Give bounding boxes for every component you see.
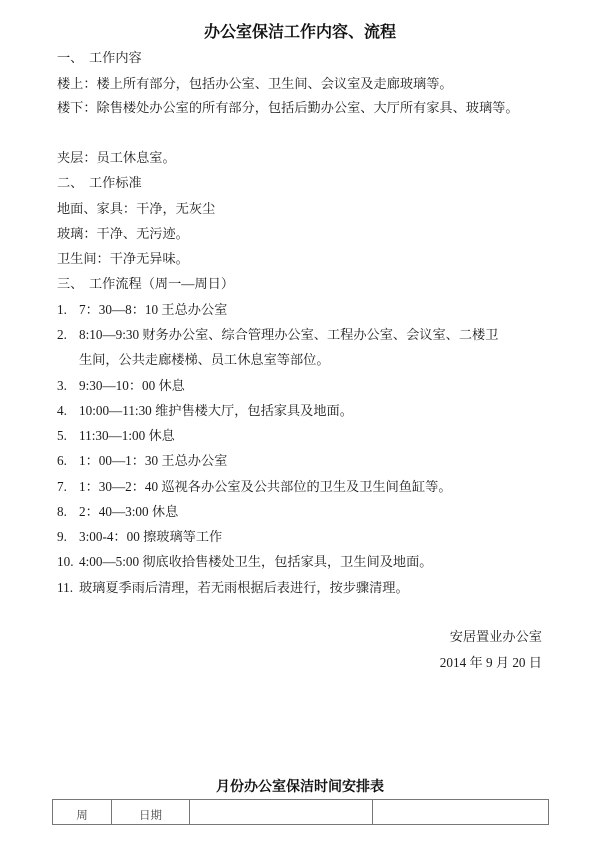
- step-number: 1.: [57, 301, 79, 319]
- step-item: 1.7：30—8：10 王总办公室: [57, 301, 227, 319]
- step-number: 11.: [57, 579, 79, 597]
- step-number: 10.: [57, 553, 79, 571]
- section-heading-1: 一、工作内容: [57, 49, 142, 67]
- step-text: 11:30—1:00 休息: [79, 428, 175, 443]
- table-header-row: 周 日期: [53, 800, 549, 825]
- step-item: 2.8:10—9:30 财务办公室、综合管理办公室、工程办公室、会议室、二楼卫: [57, 326, 498, 344]
- standard-line-glass: 玻璃：干净、无污迹。: [57, 225, 189, 243]
- section-heading-text: 工作流程（周一—周日）: [89, 276, 234, 291]
- step-number: 7.: [57, 478, 79, 496]
- step-text: 1：30—2：40 巡视各办公室及公共部位的卫生及卫生间鱼缸等。: [79, 479, 452, 494]
- step-number: 8.: [57, 503, 79, 521]
- schedule-table-title: 月份办公室保洁时间安排表: [0, 778, 600, 796]
- content-line-upstairs: 楼上：楼上所有部分，包括办公室、卫生间、会议室及走廊玻璃等。: [57, 75, 453, 93]
- header-cell-blank: [190, 800, 373, 825]
- step-text: 9:30—10：00 休息: [79, 378, 185, 393]
- step-text: 10:00—11:30 维护售楼大厅，包括家具及地面。: [79, 403, 353, 418]
- section-heading-3: 三、工作流程（周一—周日）: [57, 275, 234, 293]
- header-cell-date: 日期: [112, 800, 190, 825]
- step-text: 2：40—3:00 休息: [79, 504, 178, 519]
- document-title: 办公室保洁工作内容、流程: [0, 22, 600, 42]
- step-text: 玻璃夏季雨后清理，若无雨根据后表进行，按步骤清理。: [79, 580, 409, 595]
- step-text: 4:00—5:00 彻底收拾售楼处卫生，包括家具，卫生间及地面。: [79, 554, 433, 569]
- step-text: 1：00—1：30 王总办公室: [79, 453, 227, 468]
- step-item: 10.4:00—5:00 彻底收拾售楼处卫生，包括家具，卫生间及地面。: [57, 553, 433, 571]
- step-item: 9.3:00-4：00 擦玻璃等工作: [57, 528, 222, 546]
- content-line-mezzanine: 夹层：员工休息室。: [57, 149, 176, 167]
- step-item: 4.10:00—11:30 维护售楼大厅，包括家具及地面。: [57, 402, 353, 420]
- section-heading-2: 二、工作标准: [57, 174, 142, 192]
- section-heading-text: 工作标准: [89, 175, 142, 190]
- step-item: 7.1：30—2：40 巡视各办公室及公共部位的卫生及卫生间鱼缸等。: [57, 478, 452, 496]
- signature-date: 2014 年 9 月 20 日: [440, 654, 542, 672]
- schedule-table: 周 日期: [52, 799, 549, 825]
- step-number: 5.: [57, 427, 79, 445]
- standard-line-restroom: 卫生间：干净无异味。: [57, 250, 189, 268]
- content-line-downstairs: 楼下：除售楼处办公室的所有部分，包括后勤办公室、大厅所有家具、玻璃等。: [57, 99, 519, 117]
- step-text: 3:00-4：00 擦玻璃等工作: [79, 529, 222, 544]
- section-number: 一、: [57, 49, 89, 67]
- step-number: 6.: [57, 452, 79, 470]
- signature-org: 安居置业办公室: [450, 628, 542, 646]
- section-number: 三、: [57, 275, 89, 293]
- step-item: 8.2：40—3:00 休息: [57, 503, 178, 521]
- step-number: 2.: [57, 326, 79, 344]
- step-continuation: 生间，公共走廊楼梯、员工休息室等部位。: [79, 351, 330, 369]
- step-item: 5.11:30—1:00 休息: [57, 427, 175, 445]
- step-item: 11.玻璃夏季雨后清理，若无雨根据后表进行，按步骤清理。: [57, 579, 409, 597]
- section-heading-text: 工作内容: [89, 50, 142, 65]
- step-number: 4.: [57, 402, 79, 420]
- step-item: 6.1：00—1：30 王总办公室: [57, 452, 227, 470]
- standard-line-floor: 地面、家具：干净，无灰尘: [57, 200, 215, 218]
- section-number: 二、: [57, 174, 89, 192]
- step-text: 8:10—9:30 财务办公室、综合管理办公室、工程办公室、会议室、二楼卫: [79, 327, 498, 342]
- header-cell-blank: [373, 800, 549, 825]
- step-item: 3.9:30—10：00 休息: [57, 377, 185, 395]
- step-text: 7：30—8：10 王总办公室: [79, 302, 227, 317]
- step-number: 3.: [57, 377, 79, 395]
- step-number: 9.: [57, 528, 79, 546]
- header-cell-week: 周: [53, 800, 112, 825]
